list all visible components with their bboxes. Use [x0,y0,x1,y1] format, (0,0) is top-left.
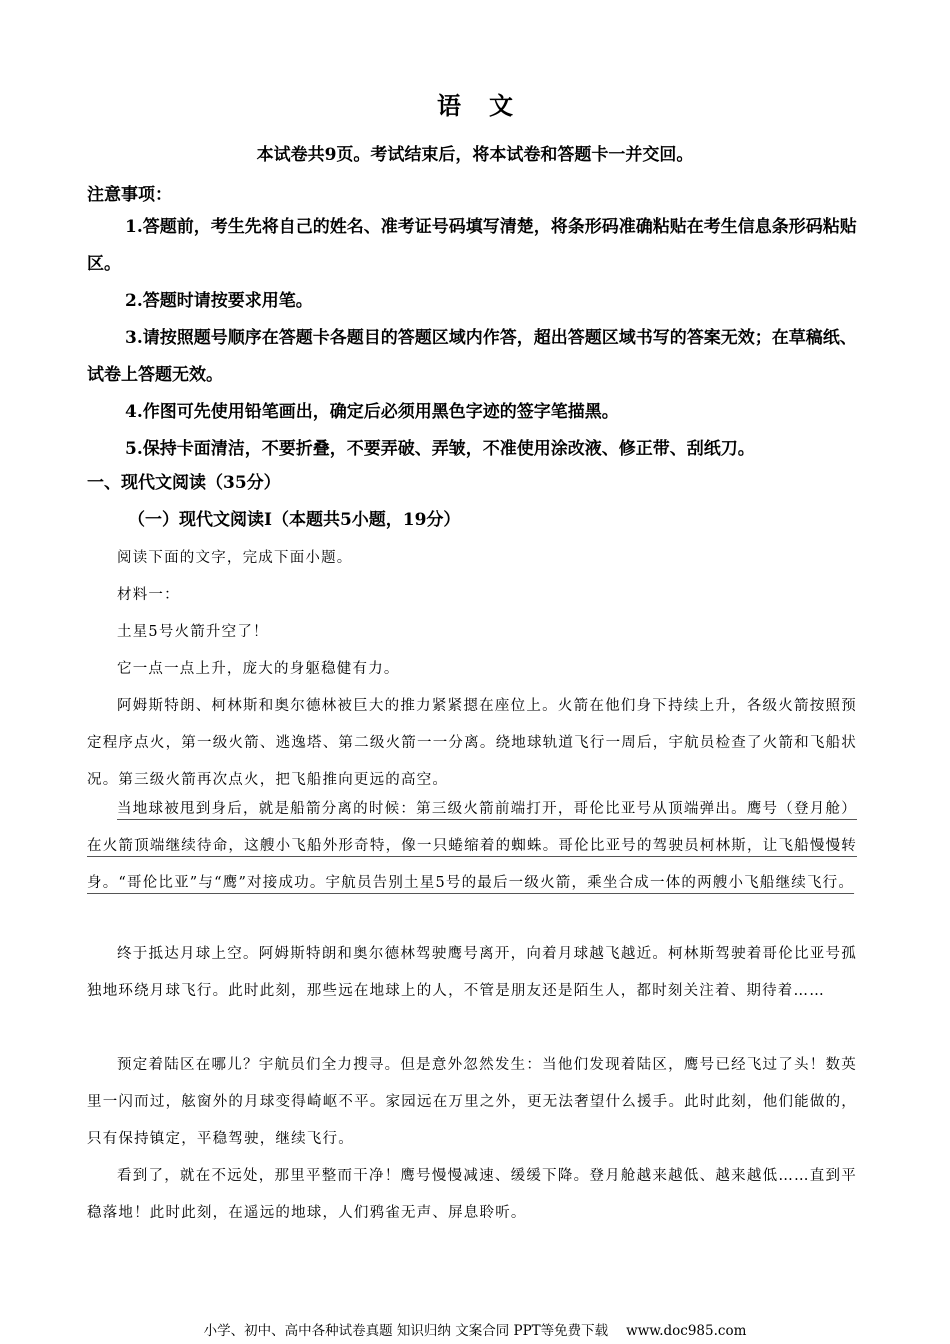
subsection-heading: （一）现代文阅读Ⅰ（本题共5小题，19分） [128,508,460,532]
passage-paragraph: 它一点一点上升，庞大的身躯稳健有力。 [87,651,857,688]
passage-paragraph: 预定着陆区在哪儿？宇航员们全力搜寻。但是意外忽然发生：当他们发现着陆区，鹰号已经… [87,1047,857,1157]
exam-subtitle: 本试卷共9页。考试结束后，将本试卷和答题卡一并交回。 [0,143,950,167]
notice-item-5: 5.保持卡面清洁，不要折叠，不要弄破、弄皱，不准使用涂改液、修正带、刮纸刀。 [87,431,857,468]
passage-paragraph: 土星5号火箭升空了！ [87,614,857,651]
exam-page: 语文 本试卷共9页。考试结束后，将本试卷和答题卡一并交回。 注意事项： 1.答题… [0,0,950,1344]
passage-paragraph: 阿姆斯特朗、柯林斯和奥尔德林被巨大的推力紧紧摁在座位上。火箭在他们身下持续上升，… [87,688,857,798]
notice-item-3: 3.请按照题号顺序在答题卡各题目的答题区域内作答，超出答题区域书写的答案无效；在… [87,320,857,394]
footer: 小学、初中、高中各种试卷真题 知识归纳 文案合同 PPT等免费下载www.doc… [0,1322,950,1340]
material-label: 材料一： [87,577,857,614]
notice-heading: 注意事项： [87,183,857,207]
passage-paragraph: 终于抵达月球上空。阿姆斯特朗和奥尔德林驾驶鹰号离开，向着月球越飞越近。柯林斯驾驶… [87,936,857,1010]
passage-paragraph-underlined: 当地球被甩到身后，就是船箭分离的时候：第三级火箭前端打开，哥伦比亚号从顶端弹出。… [87,791,857,901]
passage-paragraph: 看到了，就在不远处，那里平整而干净！鹰号慢慢减速、缓缓下降。登月舱越来越低、越来… [87,1158,857,1232]
footer-text: 小学、初中、高中各种试卷真题 知识归纳 文案合同 PPT等免费下载 [204,1323,609,1339]
reading-instruction: 阅读下面的文字，完成下面小题。 [87,540,857,577]
notice-item-4: 4.作图可先使用铅笔画出，确定后必须用黑色字迹的签字笔描黑。 [87,394,857,431]
underlined-passage: 当地球被甩到身后，就是船箭分离的时候：第三级火箭前端打开，哥伦比亚号从顶端弹出。… [87,801,857,891]
page-title: 语文 [0,90,950,122]
section-heading: 一、现代文阅读（35分） [87,471,281,495]
notice-item-1: 1.答题前，考生先将自己的姓名、准考证号码填写清楚，将条形码准确粘贴在考生信息条… [87,209,857,283]
notice-item-2: 2.答题时请按要求用笔。 [87,283,857,320]
footer-url-link[interactable]: www.doc985.com [626,1323,746,1339]
